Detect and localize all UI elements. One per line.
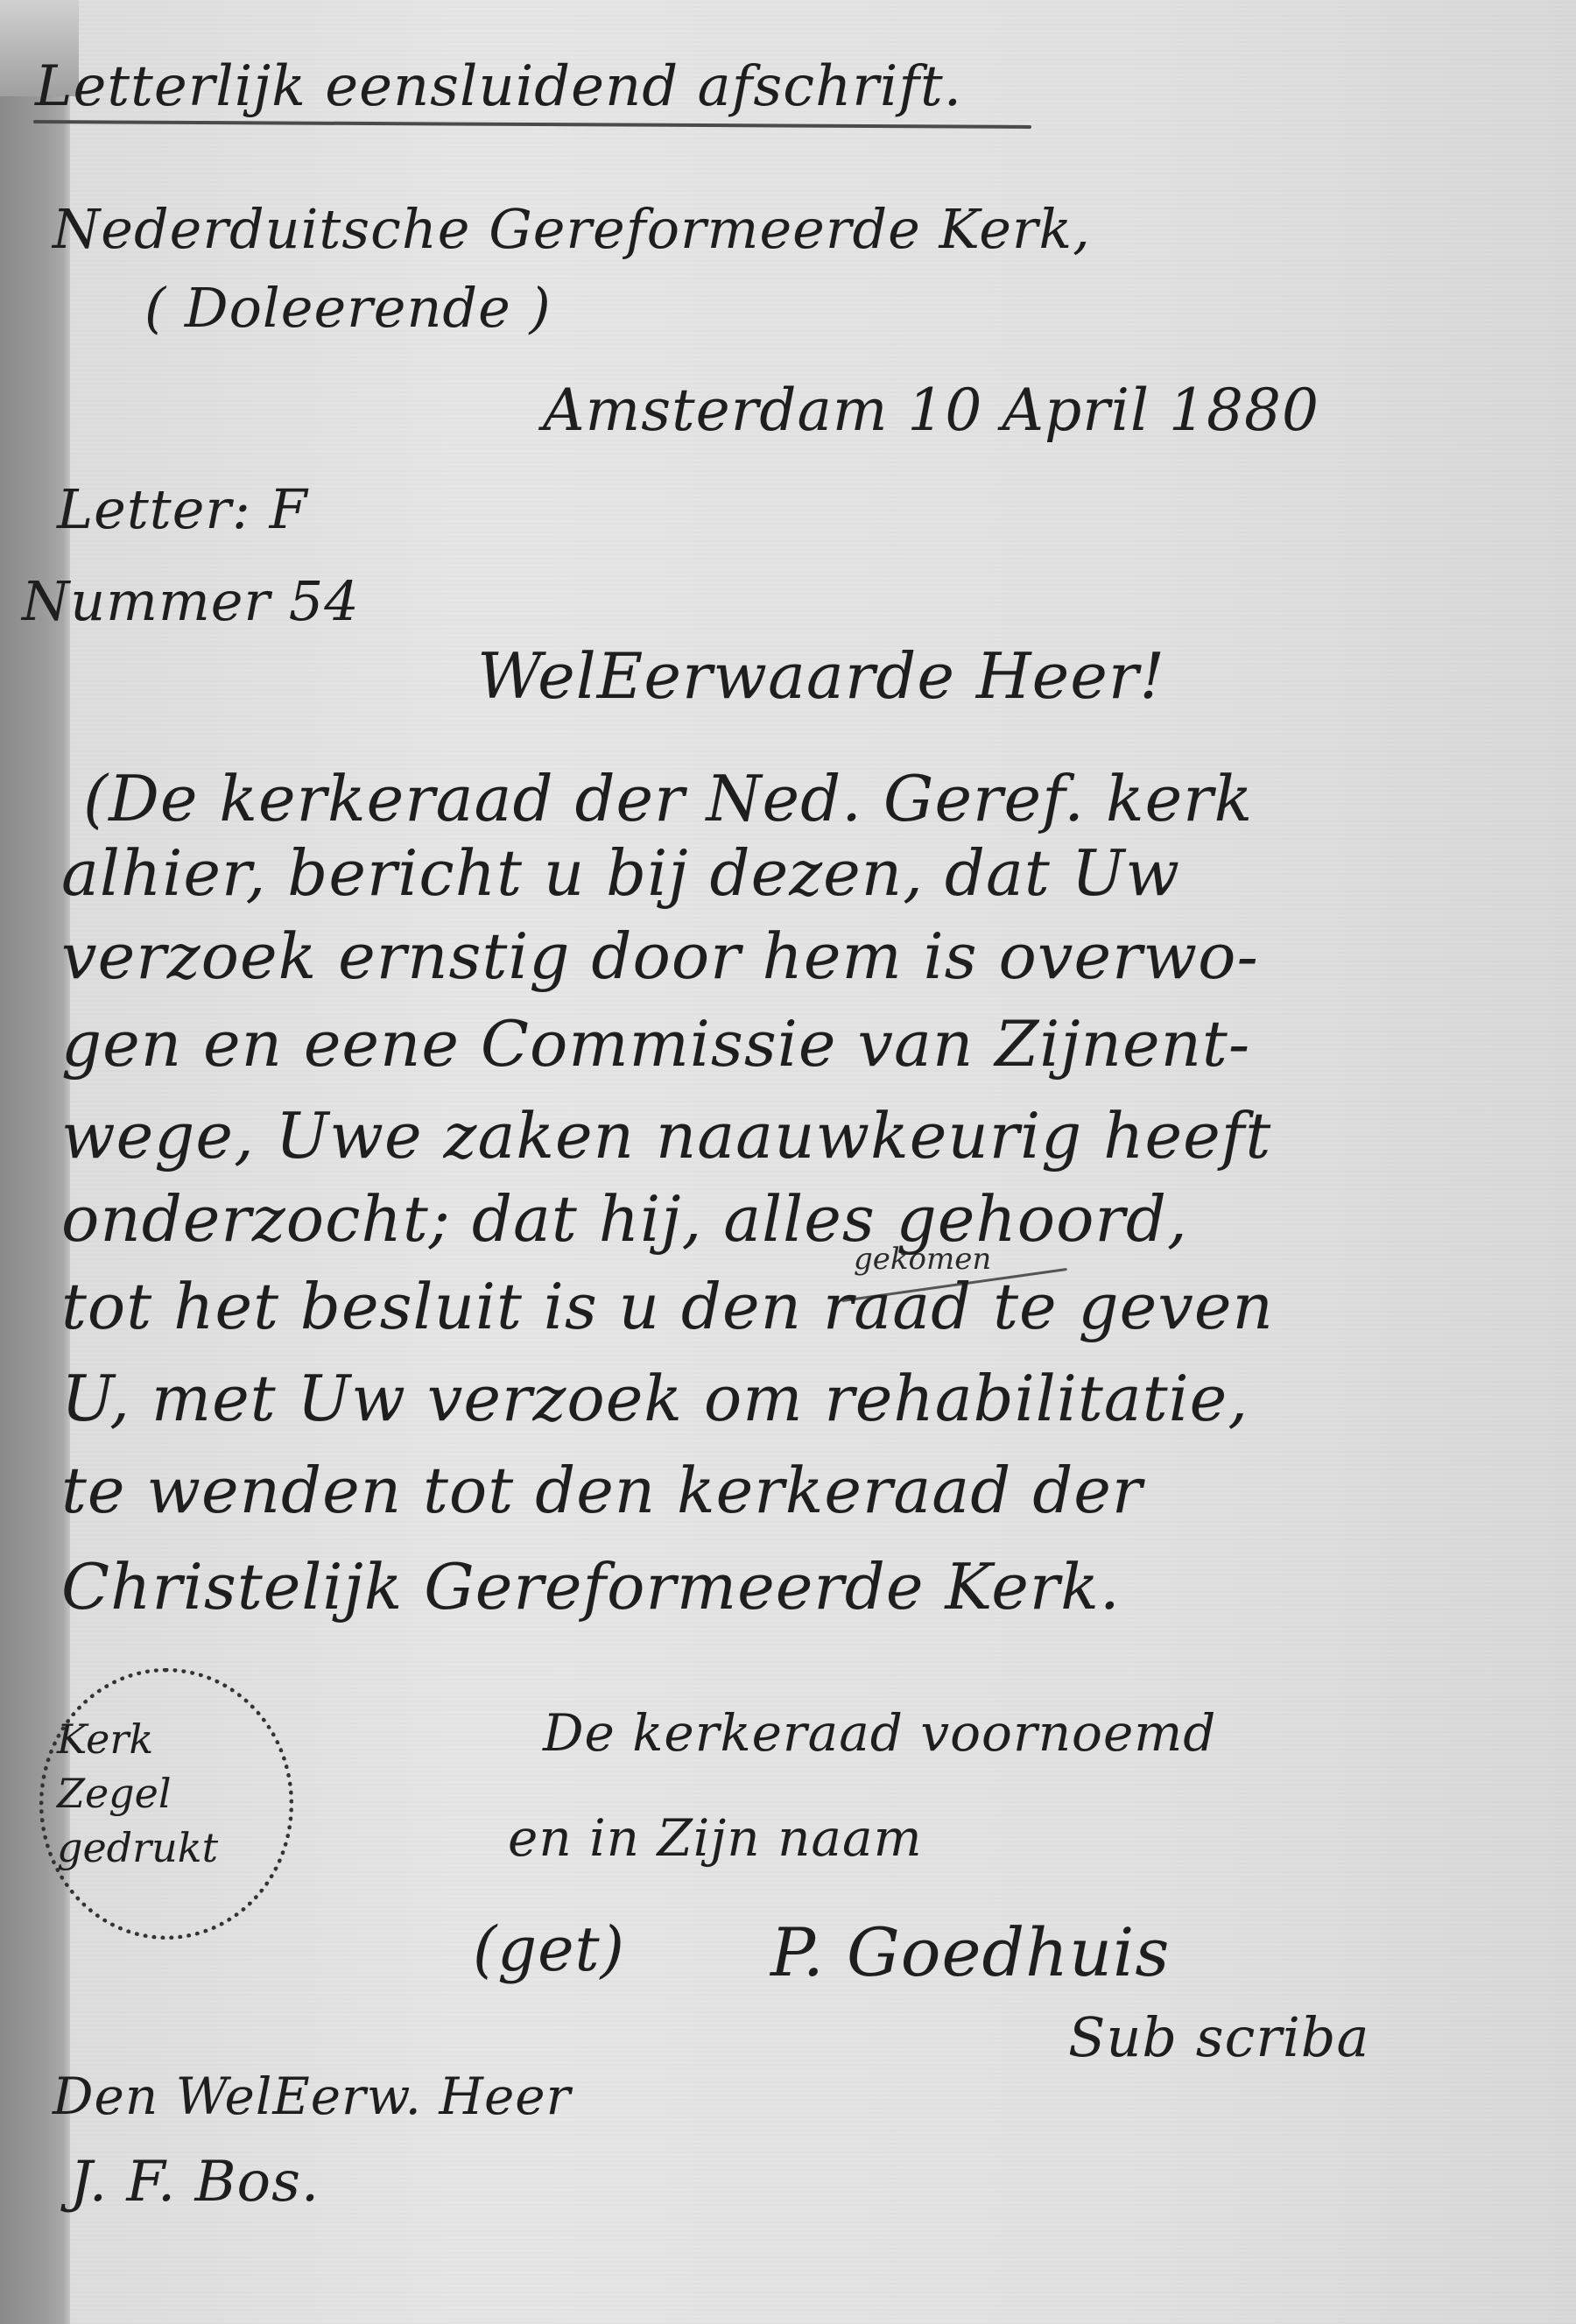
closing-line-2: en in Zijn naam bbox=[508, 1808, 923, 1868]
church-name: Nederduitsche Gereformeerde Kerk, bbox=[53, 197, 1091, 261]
signatory-role: Sub scriba bbox=[1068, 2005, 1369, 2069]
signature: P. Goedhuis bbox=[770, 1913, 1170, 1991]
body-line: te wenden tot den kerkeraad der bbox=[61, 1454, 1143, 1527]
body-line: (De kerkeraad der Ned. Geref. kerk bbox=[83, 762, 1253, 835]
body-line: Christelijk Gereformeerde Kerk. bbox=[61, 1550, 1121, 1623]
body-line: alhier, bericht u bij dezen, dat Uw bbox=[61, 836, 1180, 910]
body-line: U, met Uw verzoek om rehabilitatie, bbox=[61, 1362, 1249, 1435]
body-line: tot het besluit is u den raad te geven bbox=[61, 1270, 1274, 1343]
body-line: onderzocht; dat hij, alles gehoord, bbox=[61, 1182, 1188, 1256]
scanned-page: Letterlijk eensluidend afschrift. Nederd… bbox=[0, 0, 1576, 2324]
addressee-line-1: Den WelEerw. Heer bbox=[53, 2067, 571, 2126]
title-underline bbox=[33, 120, 1031, 129]
salutation: WelEerwaarde Heer! bbox=[477, 639, 1165, 713]
church-subtitle: ( Doleerende ) bbox=[144, 276, 552, 340]
letter-label: Letter: F bbox=[57, 477, 308, 541]
seal-text: Kerk Zegel gedrukt bbox=[57, 1712, 218, 1875]
place-date: Amsterdam 10 April 1880 bbox=[543, 377, 1319, 444]
document-title: Letterlijk eensluidend afschrift. bbox=[35, 54, 962, 119]
binding-edge bbox=[0, 0, 70, 2324]
closing-line-1: De kerkeraad voornoemd bbox=[543, 1703, 1216, 1763]
body-line: wege, Uwe zaken naauwkeurig heeft bbox=[61, 1099, 1271, 1173]
body-line: gen en eene Commissie van Zijnent- bbox=[61, 1007, 1250, 1081]
signed-mark: (get) bbox=[473, 1913, 625, 1985]
body-line: verzoek ernstig door hem is overwo- bbox=[61, 919, 1259, 993]
addressee-line-2: J. F. Bos. bbox=[70, 2150, 320, 2215]
number-label: Nummer 54 bbox=[22, 569, 360, 633]
